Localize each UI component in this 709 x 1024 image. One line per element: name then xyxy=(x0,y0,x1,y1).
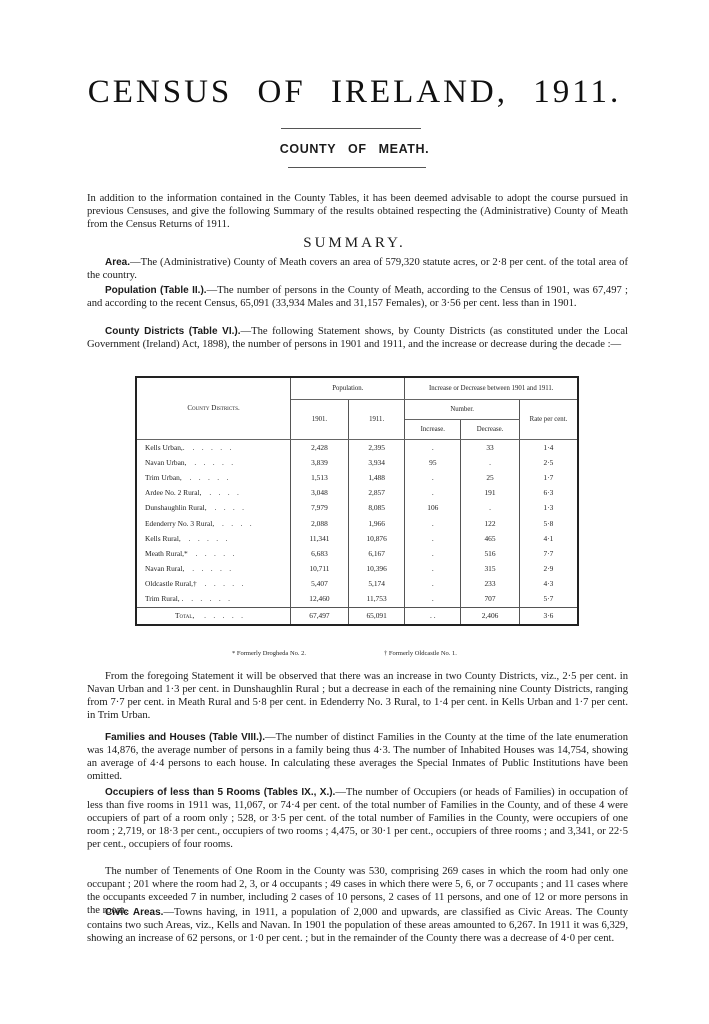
total-increase: . . xyxy=(405,607,461,625)
decrease-value: 465 xyxy=(461,531,520,546)
civic-heading: Civic Areas. xyxy=(105,907,163,918)
increase-value: 95 xyxy=(405,455,461,470)
area-text: —The (Administrative) County of Meath co… xyxy=(87,257,628,281)
population-1911: 5,174 xyxy=(348,576,405,591)
increase-value: . xyxy=(405,531,461,546)
footnote-star: * Formerly Drogheda No. 2. xyxy=(232,650,306,657)
increase-value: . xyxy=(405,591,461,607)
district-name: Dunshaughlin Rural, . . . . xyxy=(136,500,291,515)
population-1901: 12,460 xyxy=(291,591,349,607)
district-name: Edenderry No. 3 Rural, . . . . xyxy=(136,515,291,530)
table-row: Kells Rural, . . . . .11,34110,876.4654·… xyxy=(136,531,578,546)
title-divider xyxy=(281,128,421,129)
increase-value: . xyxy=(405,576,461,591)
rate-value: 1·7 xyxy=(519,470,578,485)
district-name: Navan Rural, . . . . . xyxy=(136,561,291,576)
population-1911: 10,396 xyxy=(348,561,405,576)
rate-value: 5·7 xyxy=(519,591,578,607)
increase-value: 106 xyxy=(405,500,461,515)
rate-value: 1·3 xyxy=(519,500,578,515)
civic-paragraph: Civic Areas.—Towns having, in 1911, a po… xyxy=(87,906,628,945)
district-name: Meath Rural,* . . . . . xyxy=(136,546,291,561)
increase-value: . xyxy=(405,485,461,500)
district-name: Oldcastle Rural,† . . . . . xyxy=(136,576,291,591)
decrease-value: 191 xyxy=(461,485,520,500)
total-rate: 3·6 xyxy=(519,607,578,625)
rate-value: 5·8 xyxy=(519,515,578,530)
population-1911: 2,395 xyxy=(348,439,405,455)
rate-value: 2·5 xyxy=(519,455,578,470)
decrease-value: 25 xyxy=(461,470,520,485)
table-row: Edenderry No. 3 Rural, . . . .2,0881,966… xyxy=(136,515,578,530)
header-decrease: Decrease. xyxy=(461,419,520,439)
population-1901: 5,407 xyxy=(291,576,349,591)
header-population: Population. xyxy=(291,377,405,399)
rate-value: 7·7 xyxy=(519,546,578,561)
decrease-value: 233 xyxy=(461,576,520,591)
table-row: Trim Urban, . . . . .1,5131,488.251·7 xyxy=(136,470,578,485)
total-1901: 67,497 xyxy=(291,607,349,625)
population-1911: 8,085 xyxy=(348,500,405,515)
district-name: Kells Urban,. . . . . . xyxy=(136,439,291,455)
decrease-value: 707 xyxy=(461,591,520,607)
population-1901: 2,428 xyxy=(291,439,349,455)
county-heading: COUNTY OF MEATH. xyxy=(0,142,709,156)
subtitle-divider xyxy=(288,167,426,168)
rate-value: 6·3 xyxy=(519,485,578,500)
rate-value: 4·3 xyxy=(519,576,578,591)
decrease-value: . xyxy=(461,455,520,470)
increase-value: . xyxy=(405,470,461,485)
header-rate: Rate per cent. xyxy=(519,399,578,439)
area-heading: Area. xyxy=(105,257,130,268)
total-decrease: 2,406 xyxy=(461,607,520,625)
population-1911: 2,857 xyxy=(348,485,405,500)
area-paragraph: Area.—The (Administrative) County of Mea… xyxy=(87,256,628,282)
population-1911: 1,966 xyxy=(348,515,405,530)
occupiers-heading: Occupiers of less than 5 Rooms (Tables I… xyxy=(105,787,335,798)
population-1901: 6,683 xyxy=(291,546,349,561)
table-row: Navan Rural, . . . . .10,71110,396.3152·… xyxy=(136,561,578,576)
district-name: Trim Rural, . . . . . . xyxy=(136,591,291,607)
decrease-value: 33 xyxy=(461,439,520,455)
table-row: Oldcastle Rural,† . . . . .5,4075,174.23… xyxy=(136,576,578,591)
decrease-value: 122 xyxy=(461,515,520,530)
table-row: Dunshaughlin Rural, . . . .7,9798,085106… xyxy=(136,500,578,515)
population-1911: 10,876 xyxy=(348,531,405,546)
total-label: Total, . . . . . xyxy=(136,607,291,625)
district-name: Kells Rural, . . . . . xyxy=(136,531,291,546)
intro-paragraph: In addition to the information contained… xyxy=(87,192,628,231)
district-name: Navan Urban, . . . . . xyxy=(136,455,291,470)
increase-value: . xyxy=(405,546,461,561)
population-1911: 1,488 xyxy=(348,470,405,485)
population-1901: 11,341 xyxy=(291,531,349,546)
population-1901: 7,979 xyxy=(291,500,349,515)
header-number: Number. xyxy=(405,399,519,419)
increase-value: . xyxy=(405,561,461,576)
intro-text: In addition to the information contained… xyxy=(87,193,628,230)
county-districts-heading: County Districts (Table VI.). xyxy=(105,326,241,337)
population-1911: 3,934 xyxy=(348,455,405,470)
families-heading: Families and Houses (Table VIII.). xyxy=(105,732,265,743)
increase-value: . xyxy=(405,515,461,530)
population-1901: 10,711 xyxy=(291,561,349,576)
document-title: CENSUS OF IRELAND, 1911. xyxy=(0,74,709,111)
table-row: Meath Rural,* . . . . .6,6836,167.5167·7 xyxy=(136,546,578,561)
rate-value: 1·4 xyxy=(519,439,578,455)
summary-heading: SUMMARY. xyxy=(0,235,709,252)
header-1911: 1911. xyxy=(348,399,405,439)
foregoing-paragraph: From the foregoing Statement it will be … xyxy=(87,670,628,722)
header-increase: Increase. xyxy=(405,419,461,439)
foregoing-text: From the foregoing Statement it will be … xyxy=(87,671,628,721)
footnote-dagger: † Formerly Oldcastle No. 1. xyxy=(384,650,457,657)
population-1901: 3,839 xyxy=(291,455,349,470)
rate-value: 4·1 xyxy=(519,531,578,546)
rate-value: 2·9 xyxy=(519,561,578,576)
table-row: Trim Rural, . . . . . .12,46011,753.7075… xyxy=(136,591,578,607)
header-change: Increase or Decrease between 1901 and 19… xyxy=(405,377,578,399)
total-1911: 65,091 xyxy=(348,607,405,625)
header-county-districts: County Districts. xyxy=(136,377,291,439)
district-name: Ardee No. 2 Rural, . . . . xyxy=(136,485,291,500)
population-1901: 3,048 xyxy=(291,485,349,500)
decrease-value: 315 xyxy=(461,561,520,576)
population-1901: 2,088 xyxy=(291,515,349,530)
decrease-value: . xyxy=(461,500,520,515)
county-districts-paragraph: County Districts (Table VI.).—The follow… xyxy=(87,325,628,351)
county-districts-table: County Districts. Population. Increase o… xyxy=(135,376,579,626)
decrease-value: 516 xyxy=(461,546,520,561)
population-paragraph: Population (Table II.).—The number of pe… xyxy=(87,284,628,310)
population-1911: 6,167 xyxy=(348,546,405,561)
population-heading: Population (Table II.). xyxy=(105,285,207,296)
occupiers-paragraph: Occupiers of less than 5 Rooms (Tables I… xyxy=(87,786,628,851)
header-1901: 1901. xyxy=(291,399,349,439)
civic-text: —Towns having, in 1911, a population of … xyxy=(87,907,628,944)
population-1901: 1,513 xyxy=(291,470,349,485)
table-row: Ardee No. 2 Rural, . . . .3,0482,857.191… xyxy=(136,485,578,500)
families-paragraph: Families and Houses (Table VIII.).—The n… xyxy=(87,731,628,783)
table-row: Kells Urban,. . . . . .2,4282,395.331·4 xyxy=(136,439,578,455)
increase-value: . xyxy=(405,439,461,455)
table-row: Navan Urban, . . . . .3,8393,93495.2·5 xyxy=(136,455,578,470)
population-1911: 11,753 xyxy=(348,591,405,607)
district-name: Trim Urban, . . . . . xyxy=(136,470,291,485)
table-total-row: Total, . . . . . 67,497 65,091 . . 2,406… xyxy=(136,607,578,625)
